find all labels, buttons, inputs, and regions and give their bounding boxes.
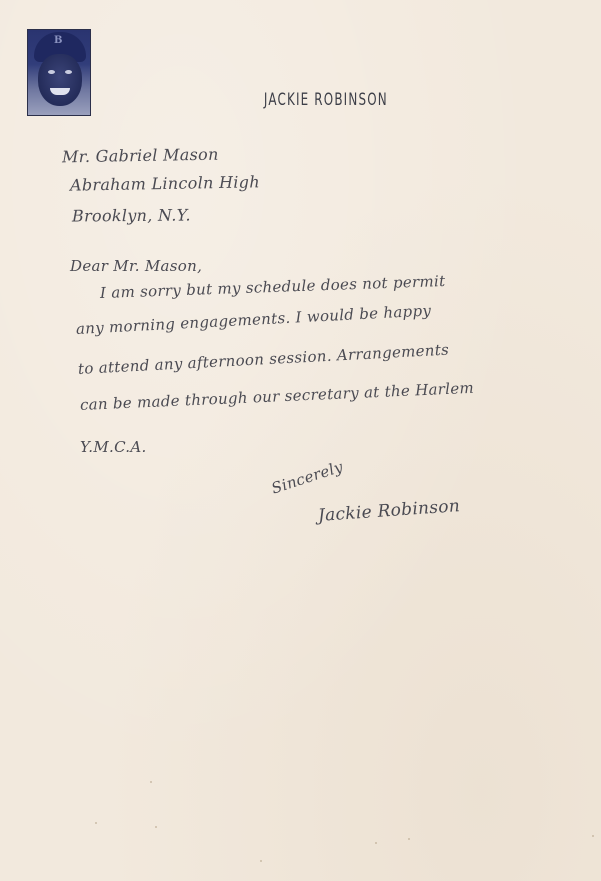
paper-speck [260,860,262,862]
paper-speck [375,842,377,844]
recipient-city: Brooklyn, N.Y. [72,205,191,225]
letterhead-name: JACKIE ROBINSON [76,90,545,110]
paper-speck [592,835,594,837]
body-line: any morning engagements. I would be happ… [76,301,432,338]
salutation: Dear Mr. Mason, [70,257,202,275]
left-eye [48,70,55,74]
closing: Sincerely [269,458,345,498]
body-line: I am sorry but my schedule does not perm… [100,272,446,302]
paper-speck [150,781,152,783]
recipient-school: Abraham Lincoln High [70,172,260,194]
recipient-name: Mr. Gabriel Mason [62,145,219,167]
letter-paper: B JACKIE ROBINSON Mr. Gabriel Mason Abra… [0,0,601,881]
signature: Jackie Robinson [317,496,460,526]
paper-speck [408,838,410,840]
body-line: to attend any afternoon session. Arrange… [78,341,450,378]
body-line: Y.M.C.A. [80,438,147,456]
paper-speck [95,822,97,824]
body-line: can be made through our secretary at the… [80,379,475,414]
cap-logo-icon: B [54,36,64,46]
right-eye [65,70,72,74]
paper-speck [155,826,157,828]
